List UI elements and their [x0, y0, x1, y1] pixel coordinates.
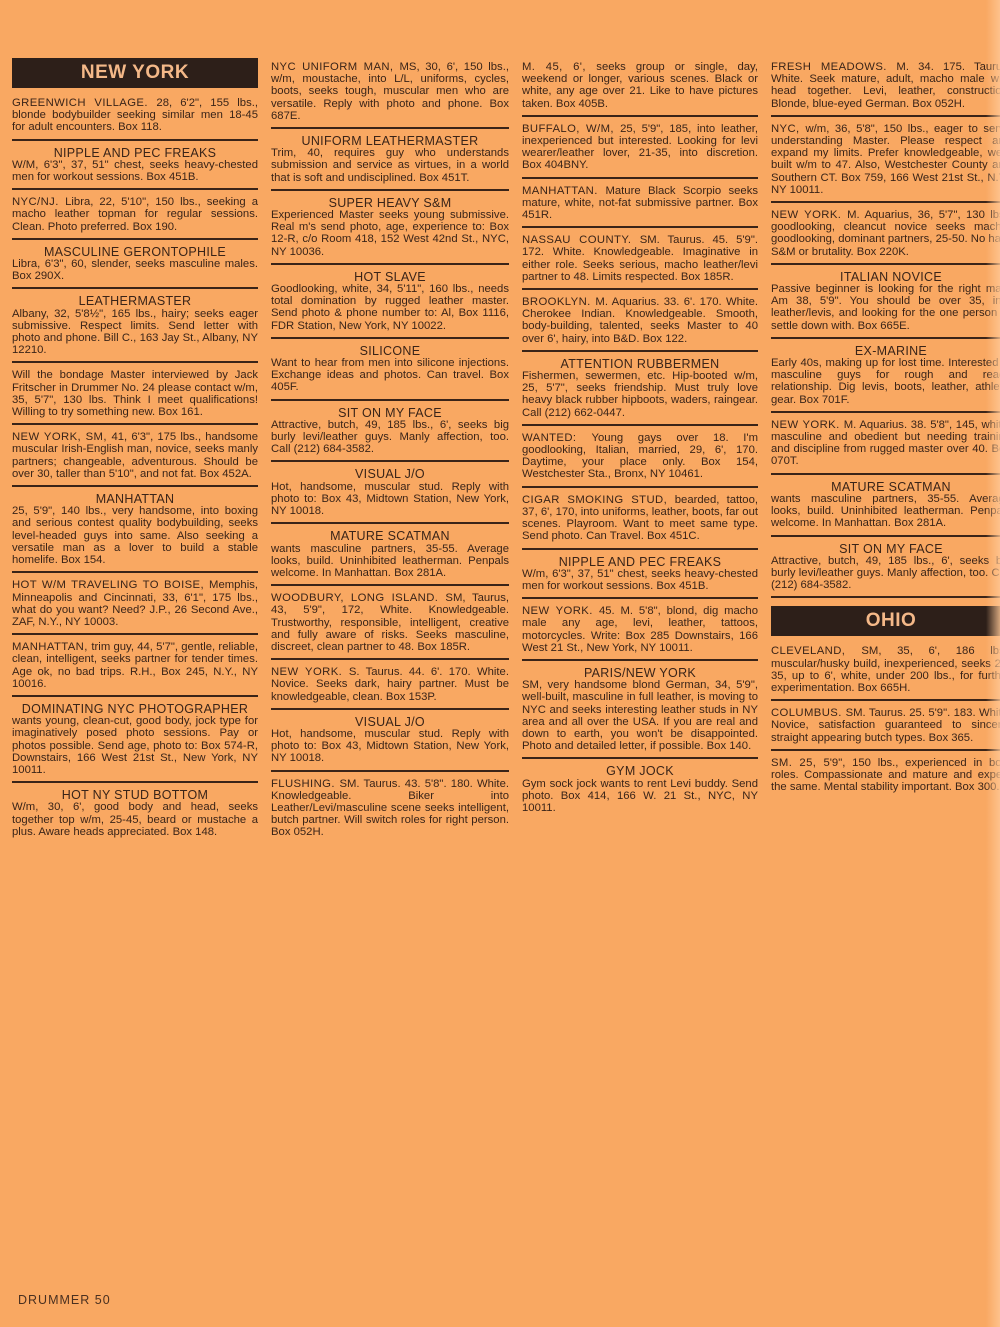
ad-lead: CLEVELAND, — [771, 645, 861, 657]
ad-body: Gym sock jock wants to rent Levi buddy. … — [522, 778, 758, 814]
classified-ad: PARIS/NEW YORKSM, very handsome blond Ge… — [522, 664, 758, 759]
ad-body: Albany, 32, 5'8½", 165 lbs., hairy; seek… — [12, 308, 258, 357]
classified-ad: LEATHERMASTERAlbany, 32, 5'8½", 165 lbs.… — [12, 292, 258, 363]
classified-ad: SILICONEWant to hear from men into silic… — [271, 342, 509, 401]
ad-lead: MANHATTAN. — [522, 185, 605, 197]
page-edge-shading — [986, 0, 1000, 1327]
ad-title: GYM JOCK — [522, 765, 758, 777]
ad-lead: M. 45, 6', — [522, 61, 596, 73]
classified-ad: HOT W/M TRAVELING TO BOISE, Memphis, Min… — [12, 576, 258, 635]
ad-body: w/m, 36, 5'8", 150 lbs., eager to serve … — [771, 123, 1000, 196]
page-footer: DRUMMER 50 — [18, 1293, 111, 1307]
ad-body: Libra, 6'3", 60, slender, seeks masculin… — [12, 258, 258, 282]
ad-title: LEATHERMASTER — [12, 295, 258, 307]
section-header-ohio: OHIO — [771, 606, 1000, 636]
classified-ad: MATURE SCATMANwants masculine partners, … — [771, 478, 1000, 537]
classified-ad: VISUAL J/OHot, handsome, muscular stud. … — [271, 465, 509, 524]
ad-body: W/m, 6'3", 37, 51" chest, seeks heavy-ch… — [522, 568, 758, 592]
ad-body: W/M, 6'3", 37, 51" chest, seeks heavy-ch… — [12, 159, 258, 183]
classified-ad: NEW YORK. M. Aquarius, 36, 5'7", 130 lbs… — [771, 206, 1000, 265]
classified-ad: NEW YORK. M. Aquarius. 38. 5'8", 145, wh… — [771, 416, 1000, 475]
ad-lead: NEW YORK. — [771, 419, 844, 431]
classified-ad: CLEVELAND, SM, 35, 6', 186 lbs., muscula… — [771, 642, 1000, 701]
ad-lead: NYC UNIFORM MAN, — [271, 61, 400, 73]
classified-ad: NIPPLE AND PEC FREAKSW/m, 6'3", 37, 51" … — [522, 553, 758, 600]
ad-lead: GREENWICH VILLAGE. — [12, 97, 156, 109]
ad-lead: NASSAU COUNTY. — [522, 234, 640, 246]
ad-title: SILICONE — [271, 345, 509, 357]
classified-ad: GYM JOCKGym sock jock wants to rent Levi… — [522, 762, 758, 819]
classified-ad: MANHATTAN. Mature Black Scorpio seeks ma… — [522, 182, 758, 229]
classified-ad: NIPPLE AND PEC FREAKSW/M, 6'3", 37, 51" … — [12, 144, 258, 191]
ad-title: SIT ON MY FACE — [771, 543, 1000, 555]
classified-ad: MASCULINE GERONTOPHILELibra, 6'3", 60, s… — [12, 243, 258, 290]
ad-title: SIT ON MY FACE — [271, 407, 509, 419]
classified-ad: MANHATTAN25, 5'9", 140 lbs., very handso… — [12, 490, 258, 573]
ad-title: MATURE SCATMAN — [271, 530, 509, 542]
ad-title: DOMINATING NYC PHOTOGRAPHER — [12, 703, 258, 715]
ad-lead: NEW YORK, SM, — [12, 431, 111, 443]
classified-ad: EX-MARINEEarly 40s, making up for lost t… — [771, 342, 1000, 413]
column-3: M. 45, 6', seeks group or single, day, w… — [522, 58, 758, 1288]
ad-body: wants young, clean-cut, good body, jock … — [12, 715, 258, 776]
ad-body: Fishermen, sewermen, etc. Hip-booted w/m… — [522, 370, 758, 419]
ad-lead: NEW YORK. — [271, 666, 349, 678]
ad-title: SUPER HEAVY S&M — [271, 197, 509, 209]
ad-lead: COLUMBUS. — [771, 707, 846, 719]
ad-lead: HOT W/M TRAVELING TO BOISE, — [12, 579, 209, 591]
ad-lead: WOODBURY, LONG ISLAND. — [271, 592, 445, 604]
classified-ad: UNIFORM LEATHERMASTERTrim, 40, requires … — [271, 132, 509, 191]
ad-body: wants masculine partners, 35-55. Average… — [771, 493, 1000, 529]
ad-body: Attractive, butch, 49, 185 lbs., 6', see… — [771, 555, 1000, 591]
ad-lead: FRESH MEADOWS. — [771, 61, 896, 73]
classified-ad: NYC/NJ. Libra, 22, 5'10", 150 lbs., seek… — [12, 193, 258, 240]
ad-lead: FLUSHING. — [271, 778, 339, 790]
ad-lead: CIGAR SMOKING STUD, — [522, 494, 675, 506]
classified-ad: NEW YORK. 45. M. 5'8", blond, dig macho … — [522, 602, 758, 661]
ad-title: NIPPLE AND PEC FREAKS — [522, 556, 758, 568]
column-4: FRESH MEADOWS. M. 34. 175. Taurus. White… — [771, 58, 1000, 1288]
classified-ad: CIGAR SMOKING STUD, bearded, tattoo, 37,… — [522, 491, 758, 550]
column-2: NYC UNIFORM MAN, MS, 30, 6', 150 lbs., w… — [271, 58, 509, 1288]
ad-title: HOT NY STUD BOTTOM — [12, 789, 258, 801]
classified-ad: COLUMBUS. SM. Taurus. 25. 5'9". 183. Whi… — [771, 704, 1000, 751]
ad-title: UNIFORM LEATHERMASTER — [271, 135, 509, 147]
ad-lead: WANTED: — [522, 432, 592, 444]
classified-ad: ATTENTION RUBBERMENFishermen, sewermen, … — [522, 355, 758, 426]
ad-body: wants masculine partners, 35-55. Average… — [271, 543, 509, 579]
ad-body: Early 40s, making up for lost time. Inte… — [771, 357, 1000, 406]
classified-ad: MANHATTAN, trim guy, 44, 5'7", gentle, r… — [12, 638, 258, 697]
ad-title: VISUAL J/O — [271, 716, 509, 728]
ad-body: Goodlooking, white, 34, 5'11", 160 lbs.,… — [271, 283, 509, 332]
column-1: NEW YORK GREENWICH VILLAGE. 28, 6'2", 15… — [12, 58, 258, 1288]
ad-title: PARIS/NEW YORK — [522, 667, 758, 679]
ad-title: NIPPLE AND PEC FREAKS — [12, 147, 258, 159]
classified-ad: FRESH MEADOWS. M. 34. 175. Taurus. White… — [771, 58, 1000, 117]
ad-body: 25, 5'9", 140 lbs., very handsome, into … — [12, 505, 258, 566]
ad-lead: NYC/NJ. — [12, 196, 65, 208]
ad-title: ITALIAN NOVICE — [771, 271, 1000, 283]
ad-body: Will the bondage Master interviewed by J… — [12, 369, 258, 418]
ad-lead: NEW YORK. — [771, 209, 847, 221]
ad-lead: NEW YORK. — [522, 605, 599, 617]
classified-ad: SIT ON MY FACEAttractive, butch, 49, 185… — [271, 404, 509, 463]
ad-body: Passive beginner is looking for the righ… — [771, 283, 1000, 332]
ad-lead: SM. 25, — [771, 757, 823, 769]
ad-title: MASCULINE GERONTOPHILE — [12, 246, 258, 258]
ad-title: MANHATTAN — [12, 493, 258, 505]
classified-page: NEW YORK GREENWICH VILLAGE. 28, 6'2", 15… — [12, 58, 987, 1288]
classified-ad: SUPER HEAVY S&MExperienced Master seeks … — [271, 194, 509, 265]
classified-ad: MATURE SCATMANwants masculine partners, … — [271, 527, 509, 586]
ad-title: VISUAL J/O — [271, 468, 509, 480]
ad-title: MATURE SCATMAN — [771, 481, 1000, 493]
classified-ad: VISUAL J/OHot, handsome, muscular stud. … — [271, 713, 509, 772]
section-header-new-york: NEW YORK — [12, 58, 258, 88]
ad-body: Hot, handsome, muscular stud. Reply with… — [271, 481, 509, 517]
ad-title: EX-MARINE — [771, 345, 1000, 357]
classified-ad: M. 45, 6', seeks group or single, day, w… — [522, 58, 758, 117]
classified-ad: Will the bondage Master interviewed by J… — [12, 366, 258, 425]
classified-ad: BUFFALO, W/M, 25, 5'9", 185, into leathe… — [522, 120, 758, 179]
ad-lead: BUFFALO, W/M, — [522, 123, 620, 135]
ad-lead: BROOKLYN. — [522, 296, 595, 308]
classified-ad: SIT ON MY FACEAttractive, butch, 49, 185… — [771, 540, 1000, 599]
classified-ad: WOODBURY, LONG ISLAND. SM, Taurus, 43, 5… — [271, 589, 509, 660]
ad-title: HOT SLAVE — [271, 271, 509, 283]
ad-body: Trim, 40, requires guy who understands s… — [271, 147, 509, 183]
classified-ad: HOT SLAVEGoodlooking, white, 34, 5'11", … — [271, 268, 509, 339]
classified-ad: HOT NY STUD BOTTOMW/m, 30, 6', good body… — [12, 786, 258, 843]
classified-ad: ITALIAN NOVICEPassive beginner is lookin… — [771, 268, 1000, 339]
ad-body: Want to hear from men into silicone inje… — [271, 357, 509, 393]
ad-lead: NYC, — [771, 123, 806, 135]
classified-ad: NEW YORK, SM, 41, 6'3", 175 lbs., handso… — [12, 428, 258, 487]
ad-body: Attractive, butch, 49, 185 lbs., 6', see… — [271, 419, 509, 455]
classified-ad: WANTED: Young gays over 18. I'm goodlook… — [522, 429, 758, 488]
ad-title: ATTENTION RUBBERMEN — [522, 358, 758, 370]
classified-ad: DOMINATING NYC PHOTOGRAPHERwants young, … — [12, 700, 258, 783]
classified-ad: NYC, w/m, 36, 5'8", 150 lbs., eager to s… — [771, 120, 1000, 203]
ad-body: SM, very handsome blond German, 34, 5'9"… — [522, 679, 758, 752]
classified-ad: SM. 25, 5'9", 150 lbs., experienced in b… — [771, 754, 1000, 799]
classified-ad: NEW YORK. S. Taurus. 44. 6'. 170. White.… — [271, 663, 509, 710]
ad-body: Hot, handsome, muscular stud. Reply with… — [271, 728, 509, 764]
classified-ad: NASSAU COUNTY. SM. Taurus. 45. 5'9". 172… — [522, 231, 758, 290]
classified-ad: FLUSHING. SM. Taurus. 43. 5'8". 180. Whi… — [271, 775, 509, 844]
classified-ad: NYC UNIFORM MAN, MS, 30, 6', 150 lbs., w… — [271, 58, 509, 129]
classified-ad: BROOKLYN. M. Aquarius. 33. 6'. 170. Whit… — [522, 293, 758, 352]
ad-body: W/m, 30, 6', good body and head, seeks t… — [12, 801, 258, 837]
ad-body: Experienced Master seeks young submissiv… — [271, 209, 509, 258]
ad-lead: MANHATTAN, — [12, 641, 91, 653]
classified-ad: GREENWICH VILLAGE. 28, 6'2", 155 lbs., b… — [12, 94, 258, 141]
